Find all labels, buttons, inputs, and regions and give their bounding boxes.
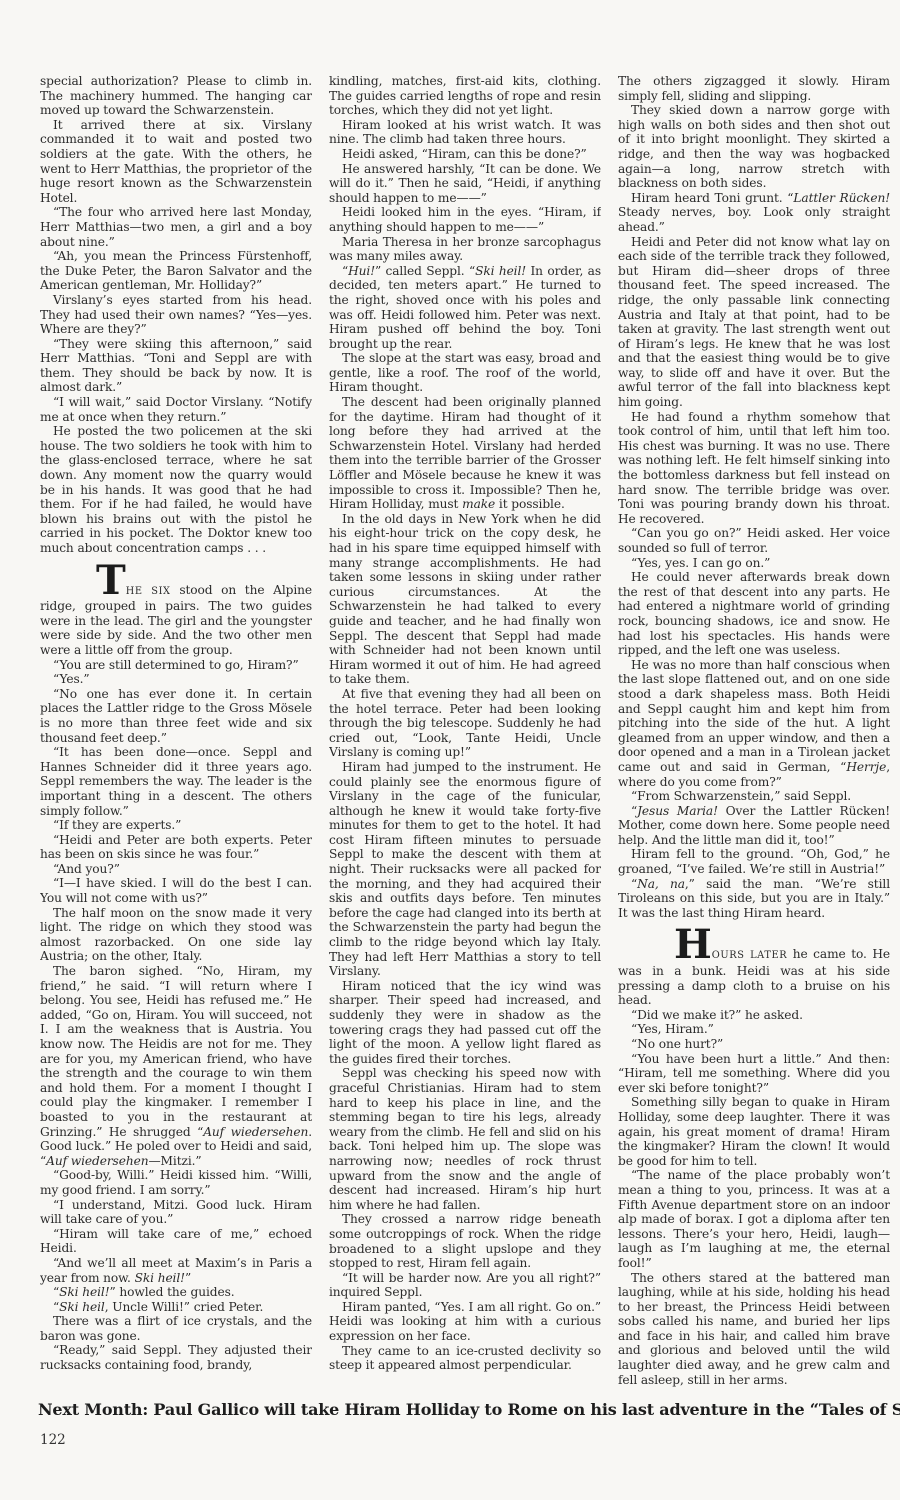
body-text: Hiram heard Toni grunt. “ [631,191,793,205]
paragraph: He had found a rhythm somehow that took … [618,410,890,527]
paragraph: “Ski heil, Uncle Willi!” cried Peter. [40,1300,312,1315]
body-text: There was a flirt of ice crystals, and t… [40,1314,312,1343]
body-text: “Heidi and Peter are both experts. Peter… [40,833,312,862]
paragraph: “Jesus Maria! Over the Lattler Rücken! M… [618,804,890,848]
body-text: “The name of the place probably won’t me… [618,1168,890,1270]
paragraph: “It will be harder now. Are you all righ… [329,1271,601,1300]
italic-text: Na, na [637,877,685,891]
paragraph: Hiram heard Toni grunt. “Lattler Rücken!… [618,191,890,235]
paragraph: “Did we make it?” he asked. [618,1008,890,1023]
paragraph: Heidi and Peter did not know what lay on… [618,235,890,410]
body-text: “And you?” [53,862,120,876]
italic-text: Ski heil! [135,1271,185,1285]
body-text: special authorization? Please to climb i… [40,74,312,117]
body-text: Heidi asked, “Hiram, can this be done?” [342,147,587,161]
body-text: He posted the two policemen at the ski h… [40,424,312,555]
body-text: They crossed a narrow ridge beneath some… [329,1212,601,1270]
paragraph: “You have been hurt a little.” And then:… [618,1052,890,1096]
body-text: “No one hurt?” [631,1037,723,1051]
paragraph: Something silly began to quake in Hiram … [618,1095,890,1168]
body-text: At five that evening they had all been o… [329,687,601,759]
italic-text: Jesus Maria! [637,804,718,818]
body-text: He could never afterwards break down the… [618,570,890,657]
body-text: kindling, matches, first-aid kits, cloth… [329,74,601,117]
italic-text: Hui! [348,264,375,278]
body-text: “No one has ever done it. In certain pla… [40,687,312,745]
paragraph: He answered harshly, “It can be done. We… [329,162,601,206]
paragraph: Hiram looked at his wrist watch. It was … [329,118,601,147]
body-text: He was no more than half conscious when … [618,658,890,774]
body-text: He had found a rhythm somehow that took … [618,410,890,526]
paragraph: “Yes.” [40,672,312,687]
body-text: “I understand, Mitzi. Good luck. Hiram w… [40,1198,312,1227]
paragraph: “They were skiing this afternoon,” said … [40,337,312,395]
body-text: “Hiram will take care of me,” echoed Hei… [40,1227,312,1256]
paragraph: They crossed a narrow ridge beneath some… [329,1212,601,1270]
body-text: “You are still determined to go, Hiram?” [53,658,299,672]
paragraph: The descent had been originally planned … [329,395,601,512]
body-text: “Ready,” said Seppl. They adjusted their… [40,1343,312,1372]
body-text: The descent had been originally planned … [329,395,601,511]
body-text: “Yes, yes. I can go on.” [631,556,770,570]
body-text: They skied down a narrow gorge with high… [618,103,890,190]
body-text: “Did we make it?” he asked. [631,1008,803,1022]
paragraph: “The four who arrived here last Monday, … [40,205,312,249]
body-text: The half moon on the snow made it very l… [40,906,312,964]
body-text: “Yes, Hiram.” [631,1022,714,1036]
body-text: —Mitzi.” [148,1154,201,1168]
italic-text: Lattler Rücken! [793,191,890,205]
paragraph: “It has been done—once. Seppl and Hannes… [40,745,312,818]
body-text: “I—I have skied. I will do the best I ca… [40,876,312,905]
body-text: The slope at the start was easy, broad a… [329,351,601,394]
paragraph: Virslany’s eyes started from his head. T… [40,293,312,337]
paragraph: He was no more than half conscious when … [618,658,890,789]
body-text: “It has been done—once. Seppl and Hannes… [40,745,312,817]
body-text: “Ah, you mean the Princess Fürstenhoff, … [40,249,312,292]
body-text: stood on the Alpine ridge, grouped in pa… [40,583,312,657]
small-caps-lead: OURS LATER [712,950,787,961]
body-text: Something silly began to quake in Hiram … [618,1095,890,1167]
paragraph: They came to an ice-crusted declivity so… [329,1344,601,1373]
paragraph: “Yes, Hiram.” [618,1022,890,1037]
paragraph: The baron sighed. “No, Hiram, my friend,… [40,964,312,1168]
paragraph: The others stared at the battered man la… [618,1271,890,1388]
paragraph: The half moon on the snow made it very l… [40,906,312,964]
body-text: The others zigzagged it slowly. Hiram si… [618,74,890,103]
body-text: Hiram panted, “Yes. I am all right. Go o… [329,1300,601,1343]
body-text: ” [185,1271,191,1285]
paragraph: Hiram had jumped to the instrument. He c… [329,760,601,979]
paragraph: The others zigzagged it slowly. Hiram si… [618,74,890,103]
paragraph: “No one has ever done it. In certain pla… [40,687,312,745]
paragraph: “And you?” [40,862,312,877]
body-text: Heidi looked him in the eyes. “Hiram, if… [329,205,601,234]
paragraph: “The name of the place probably won’t me… [618,1168,890,1270]
body-text: “From Schwarzenstein,” said Seppl. [631,789,851,803]
italic-text: make [462,497,495,511]
paragraph: “Ski heil!” howled the guides. [40,1285,312,1300]
body-text: “Yes.” [53,672,90,686]
italic-text: Ski heil! [59,1285,109,1299]
paragraph: At five that evening they had all been o… [329,687,601,760]
raised-cap: H [674,921,712,968]
text-columns: special authorization? Please to climb i… [40,74,890,1387]
paragraph: The slope at the start was easy, broad a… [329,351,601,395]
page-number: 122 [40,1432,66,1448]
body-text: “They were skiing this afternoon,” said … [40,337,312,395]
raised-cap: T [96,557,126,604]
italic-text: Auf wiedersehen [46,1154,148,1168]
body-text: Hiram fell to the ground. “Oh, God,” he … [618,847,890,876]
paragraph: He could never afterwards break down the… [618,570,890,658]
body-text: Hiram looked at his wrist watch. It was … [329,118,601,147]
italic-text: Ski heil! [475,264,526,278]
paragraph: THE SIX stood on the Alpine ridge, group… [40,577,312,658]
body-text: “I will wait,” said Doctor Virslany. “No… [40,395,312,424]
text-column-1: special authorization? Please to climb i… [40,74,312,1387]
body-text: “If they are experts.” [53,818,181,832]
small-caps-lead: HE SIX [126,586,171,597]
paragraph: Hiram noticed that the icy wind was shar… [329,979,601,1067]
body-text: “It will be harder now. Are you all righ… [329,1271,601,1300]
body-text: The others stared at the battered man la… [618,1271,890,1387]
body-text: Maria Theresa in her bronze sarcophagus … [329,235,601,264]
paragraph: “If they are experts.” [40,818,312,833]
body-text: They came to an ice-crusted declivity so… [329,1344,601,1373]
body-text: ” howled the guides. [110,1285,235,1299]
body-text: it possible. [495,497,565,511]
paragraph: HOURS LATER he came to. He was in a bunk… [618,941,890,1007]
body-text: Heidi and Peter did not know what lay on… [618,235,890,410]
paragraph: “Good-by, Willi.” Heidi kissed him. “Wil… [40,1168,312,1197]
paragraph: “No one hurt?” [618,1037,890,1052]
italic-text: Herrje [846,760,886,774]
magazine-page: special authorization? Please to climb i… [0,0,900,1500]
paragraph: “Ready,” said Seppl. They adjusted their… [40,1343,312,1372]
body-text: Virslany’s eyes started from his head. T… [40,293,312,336]
paragraph: Hiram fell to the ground. “Oh, God,” he … [618,847,890,876]
body-text: It arrived there at six. Virslany comman… [40,118,312,205]
paragraph: “Ah, you mean the Princess Fürstenhoff, … [40,249,312,293]
body-text: , Uncle Willi!” cried Peter. [105,1300,264,1314]
body-text: The baron sighed. “No, Hiram, my friend,… [40,964,312,1139]
paragraph: “I—I have skied. I will do the best I ca… [40,876,312,905]
paragraph: “From Schwarzenstein,” said Seppl. [618,789,890,804]
paragraph: Heidi asked, “Hiram, can this be done?” [329,147,601,162]
paragraph: “Heidi and Peter are both experts. Peter… [40,833,312,862]
paragraph: “Hui!” called Seppl. “Ski heil! In order… [329,264,601,352]
paragraph: Hiram panted, “Yes. I am all right. Go o… [329,1300,601,1344]
body-text: ” called Seppl. “ [375,264,475,278]
paragraph: “Na, na,” said the man. “We’re still Tir… [618,877,890,921]
body-text: “The four who arrived here last Monday, … [40,205,312,248]
next-month-banner: Next Month: Paul Gallico will take Hiram… [38,1400,898,1419]
paragraph: kindling, matches, first-aid kits, cloth… [329,74,601,118]
paragraph: “Yes, yes. I can go on.” [618,556,890,571]
paragraph: It arrived there at six. Virslany comman… [40,118,312,206]
paragraph: There was a flirt of ice crystals, and t… [40,1314,312,1343]
text-column-2: kindling, matches, first-aid kits, cloth… [329,74,601,1387]
text-column-3: The others zigzagged it slowly. Hiram si… [618,74,890,1387]
paragraph: In the old days in New York when he did … [329,512,601,687]
paragraph: “You are still determined to go, Hiram?” [40,658,312,673]
paragraph: Heidi looked him in the eyes. “Hiram, if… [329,205,601,234]
paragraph: “I will wait,” said Doctor Virslany. “No… [40,395,312,424]
body-text: “Good-by, Willi.” Heidi kissed him. “Wil… [40,1168,312,1197]
paragraph: He posted the two policemen at the ski h… [40,424,312,555]
body-text: He answered harshly, “It can be done. We… [329,162,601,205]
italic-text: Ski heil [59,1300,105,1314]
paragraph: Maria Theresa in her bronze sarcophagus … [329,235,601,264]
paragraph: Seppl was checking his speed now with gr… [329,1066,601,1212]
italic-text: Auf wiedersehen [203,1125,308,1139]
paragraph: “And we’ll all meet at Maxim’s in Paris … [40,1256,312,1285]
paragraph: “Hiram will take care of me,” echoed Hei… [40,1227,312,1256]
paragraph: They skied down a narrow gorge with high… [618,103,890,191]
paragraph: special authorization? Please to climb i… [40,74,312,118]
body-text: Hiram noticed that the icy wind was shar… [329,979,601,1066]
body-text: Seppl was checking his speed now with gr… [329,1066,601,1211]
paragraph: “Can you go on?” Heidi asked. Her voice … [618,526,890,555]
body-text: Steady nerves, boy. Look only straight a… [618,205,890,234]
body-text: “Can you go on?” Heidi asked. Her voice … [618,526,890,555]
body-text: In the old days in New York when he did … [329,512,601,687]
body-text: Hiram had jumped to the instrument. He c… [329,760,601,978]
paragraph: “I understand, Mitzi. Good luck. Hiram w… [40,1198,312,1227]
body-text: “You have been hurt a little.” And then:… [618,1052,890,1095]
